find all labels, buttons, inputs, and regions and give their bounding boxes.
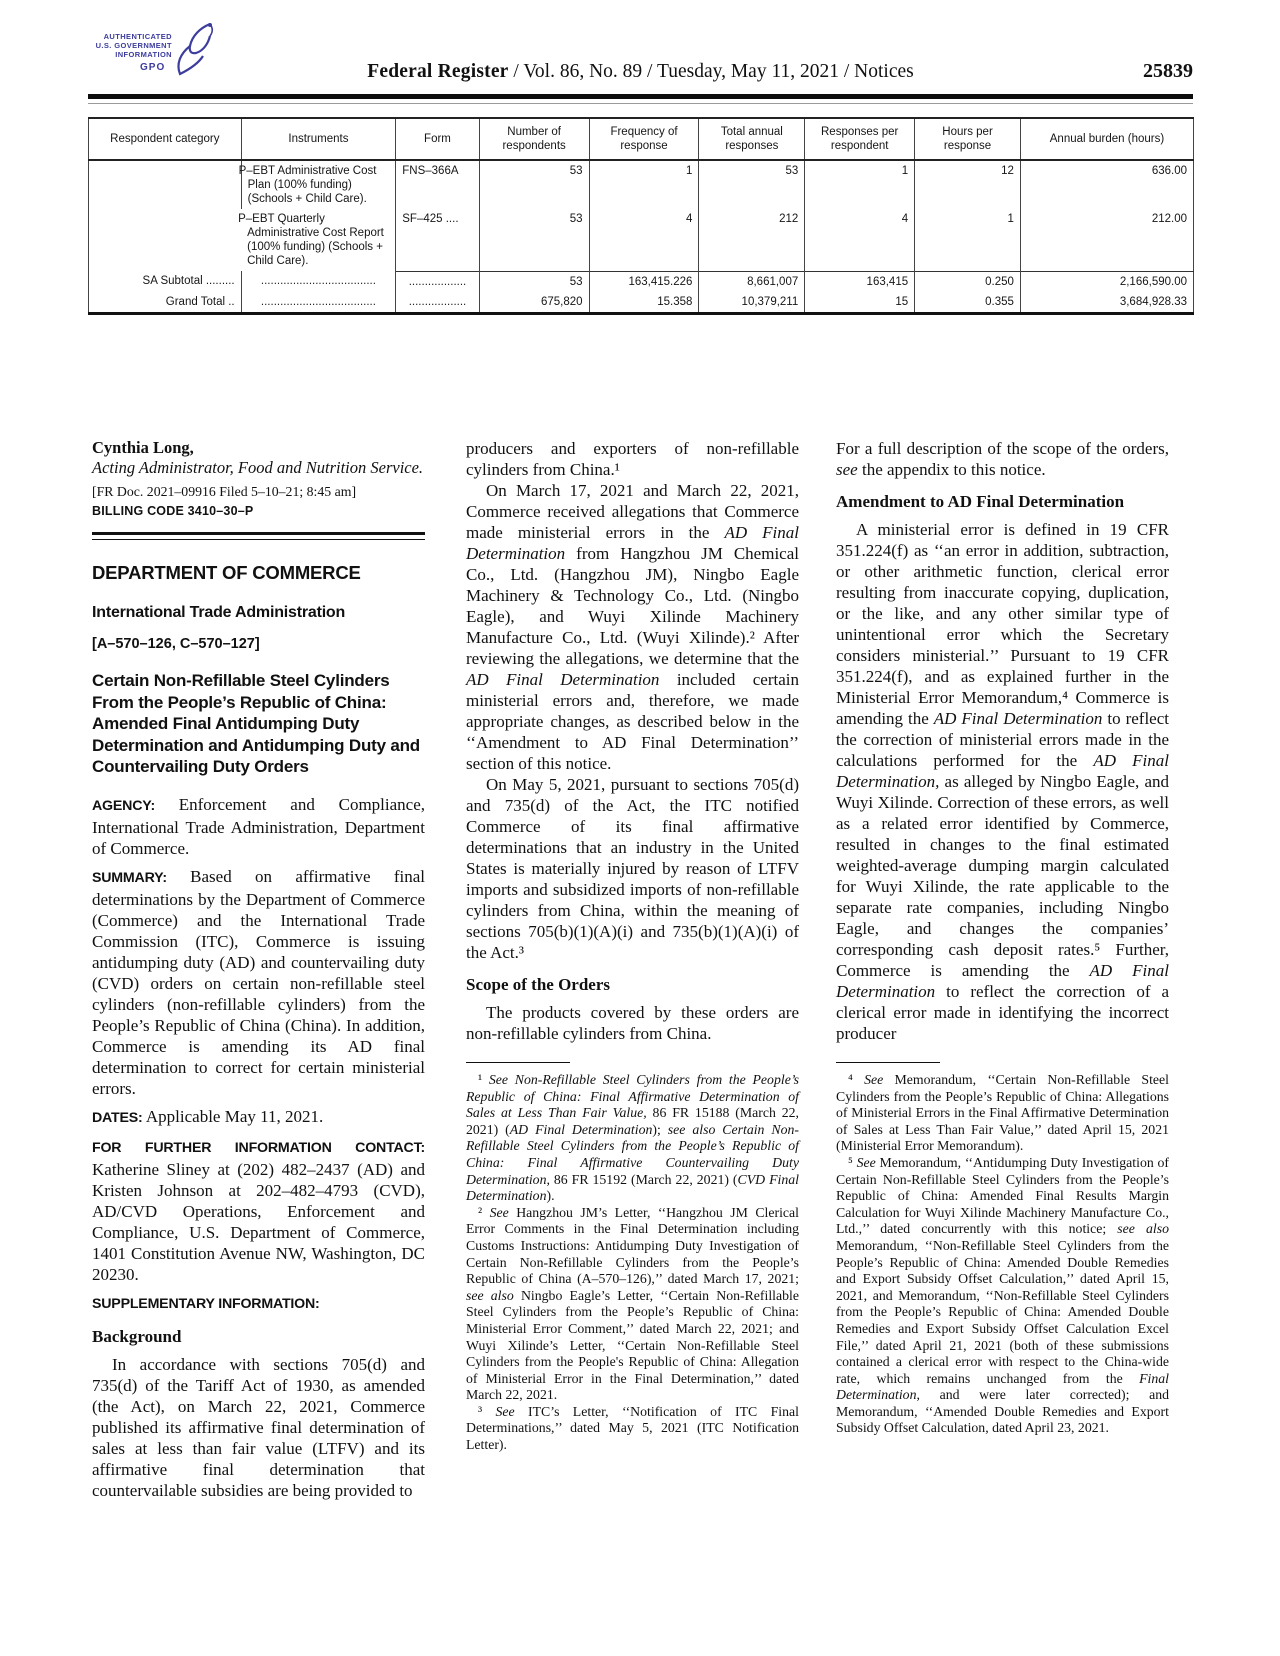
header-rule-thick (88, 94, 1193, 99)
col-header-hours-per-response: Hours per response (915, 118, 1021, 160)
col-header-form: Form (396, 118, 479, 160)
amendment-heading: Amendment to AD Final Determination (836, 492, 1169, 512)
burden-cell: 212.00 (1020, 209, 1193, 271)
dates-label: DATES: (92, 1110, 143, 1126)
instrument-cell: P–EBT Administrative Cost Plan (100% fun… (241, 160, 396, 209)
footnote-4: ⁴ See Memorandum, ‘‘Certain Non-Refillab… (836, 1072, 1169, 1155)
burden-table: Respondent category Instruments Form Num… (88, 117, 1194, 315)
respondents-cell: 53 (479, 160, 589, 209)
burden-cell: 2,166,590.00 (1020, 271, 1193, 292)
gpo-logo-line3: INFORMATION (84, 50, 172, 59)
background-paragraph: In accordance with sections 705(d) and 7… (92, 1354, 425, 1501)
respondents-cell: 53 (479, 271, 589, 292)
leader-dots: .................. (396, 271, 479, 292)
burden-cell: 636.00 (1020, 160, 1193, 209)
footnote-5: ⁵ See Memorandum, ‘‘Antidumping Duty Inv… (836, 1155, 1169, 1437)
frequency-cell: 4 (589, 209, 699, 271)
frequency-cell: 15.358 (589, 292, 699, 314)
text-column-2: producers and exporters of non-refillabl… (466, 438, 799, 1454)
total-responses-cell: 8,661,007 (699, 271, 805, 292)
footnote-3: ³ See ITC’s Letter, ‘‘Notification of IT… (466, 1404, 799, 1454)
contact-paragraph: FOR FURTHER INFORMATION CONTACT: Katheri… (92, 1136, 425, 1285)
respondents-cell: 675,820 (479, 292, 589, 314)
gpo-logo-line1: AUTHENTICATED (84, 32, 172, 41)
issue-info: / Vol. 86, No. 89 / Tuesday, May 11, 202… (509, 61, 914, 82)
text-column-1: Cynthia Long, Acting Administrator, Food… (92, 438, 425, 1501)
gpo-logo-line2: U.S. GOVERNMENT (84, 41, 172, 50)
agency-subheading: International Trade Administration (92, 604, 425, 622)
contact-label: FOR FURTHER INFORMATION CONTACT: (92, 1140, 425, 1156)
header-rule-thin (88, 103, 1193, 104)
leader-dots: .................................... (241, 271, 396, 292)
col-header-respondent-category: Respondent category (89, 118, 242, 160)
hours-per-cell: 0.355 (915, 292, 1021, 314)
dates-paragraph: DATES: Applicable May 11, 2021. (92, 1106, 425, 1129)
document-separator-rule (92, 532, 425, 540)
hours-per-cell: 1 (915, 209, 1021, 271)
table-row: P–EBT Administrative Cost Plan (100% fun… (89, 160, 1194, 209)
hours-per-cell: 12 (915, 160, 1021, 209)
subtotal-label: SA Subtotal ......... (89, 271, 242, 292)
frequency-cell: 1 (589, 160, 699, 209)
text-column-3: For a full description of the scope of t… (836, 438, 1169, 1437)
agency-paragraph: AGENCY: Enforcement and Compliance, Inte… (92, 794, 425, 859)
scope-paragraph: The products covered by these orders are… (466, 1002, 799, 1044)
responses-per-cell: 4 (805, 209, 915, 271)
table-row: P–EBT Quarterly Administrative Cost Repo… (89, 209, 1194, 271)
body-paragraph: producers and exporters of non-refillabl… (466, 438, 799, 480)
grand-total-row: Grand Total .. .........................… (89, 292, 1194, 314)
publication-title: Federal Register (367, 61, 508, 82)
running-head: Federal Register / Vol. 86, No. 89 / Tue… (88, 60, 1193, 84)
page-number: 25839 (1143, 60, 1193, 83)
contact-text: Katherine Sliney at (202) 482–2437 (AD) … (92, 1160, 425, 1284)
signature-name: Cynthia Long, (92, 438, 425, 458)
scope-heading: Scope of the Orders (466, 975, 799, 995)
gpo-logo-text: AUTHENTICATED U.S. GOVERNMENT INFORMATIO… (84, 32, 172, 59)
table-header-row: Respondent category Instruments Form Num… (89, 118, 1194, 160)
instrument-cell: P–EBT Quarterly Administrative Cost Repo… (241, 209, 396, 271)
col-header-responses-per-respondent: Responses per respondent (805, 118, 915, 160)
body-paragraph: For a full description of the scope of t… (836, 438, 1169, 480)
col-header-annual-burden: Annual burden (hours) (1020, 118, 1193, 160)
form-cell: SF–425 .... (396, 209, 479, 271)
agency-label: AGENCY: (92, 798, 155, 814)
notice-title: Certain Non-Refillable Steel Cylinders F… (92, 670, 425, 778)
footnote-separator (836, 1062, 940, 1063)
billing-code: BILLING CODE 3410–30–P (92, 504, 425, 518)
burden-cell: 3,684,928.33 (1020, 292, 1193, 314)
footnote-1: ¹ See Non-Refillable Steel Cylinders fro… (466, 1072, 799, 1205)
grand-total-label: Grand Total .. (89, 292, 242, 314)
responses-per-cell: 1 (805, 160, 915, 209)
summary-label: SUMMARY: (92, 870, 167, 886)
dates-text: Applicable May 11, 2021. (143, 1107, 324, 1126)
col-header-frequency-of-response: Frequency of response (589, 118, 699, 160)
docket-number: [A–570–126, C–570–127] (92, 636, 425, 652)
subtotal-row: SA Subtotal ......... ..................… (89, 271, 1194, 292)
signature-title: Acting Administrator, Food and Nutrition… (92, 458, 425, 478)
responses-per-cell: 15 (805, 292, 915, 314)
supplementary-information-label: SUPPLEMENTARY INFORMATION: (92, 1292, 425, 1315)
respondent-category-cell (89, 160, 242, 271)
body-paragraph: A ministerial error is defined in 19 CFR… (836, 519, 1169, 1044)
total-responses-cell: 212 (699, 209, 805, 271)
background-heading: Background (92, 1327, 425, 1347)
respondents-cell: 53 (479, 209, 589, 271)
form-cell: FNS–366A (396, 160, 479, 209)
summary-paragraph: SUMMARY: Based on affirmative final dete… (92, 866, 425, 1099)
hours-per-cell: 0.250 (915, 271, 1021, 292)
department-heading: DEPARTMENT OF COMMERCE (92, 562, 425, 584)
federal-register-page: AUTHENTICATED U.S. GOVERNMENT INFORMATIO… (0, 0, 1280, 1656)
leader-dots: .................................... (241, 292, 396, 314)
col-header-instruments: Instruments (241, 118, 396, 160)
fr-doc-line: [FR Doc. 2021–09916 Filed 5–10–21; 8:45 … (92, 484, 425, 500)
col-header-total-annual-responses: Total annual responses (699, 118, 805, 160)
leader-dots: .................. (396, 292, 479, 314)
total-responses-cell: 10,379,211 (699, 292, 805, 314)
body-paragraph: On March 17, 2021 and March 22, 2021, Co… (466, 480, 799, 774)
summary-text: Based on affirmative final determination… (92, 867, 425, 1098)
footnote-2: ² See Hangzhou JM’s Letter, ‘‘Hangzhou J… (466, 1205, 799, 1404)
col-header-number-of-respondents: Number of respondents (479, 118, 589, 160)
responses-per-cell: 163,415 (805, 271, 915, 292)
body-paragraph: On May 5, 2021, pursuant to sections 705… (466, 774, 799, 963)
total-responses-cell: 53 (699, 160, 805, 209)
frequency-cell: 163,415.226 (589, 271, 699, 292)
footnote-separator (466, 1062, 570, 1063)
